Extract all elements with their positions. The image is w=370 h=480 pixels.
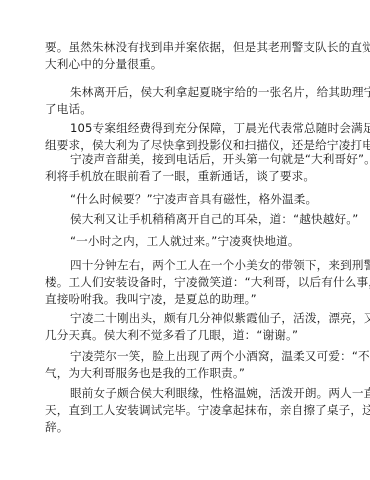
paragraph-9-line-1: 宁凌二十刚出头，颇有几分神似紫霞仙子，活泼，漂亮，又带有 xyxy=(70,311,330,325)
paragraph-11-line-3: 辞。 xyxy=(45,420,330,434)
paragraph-8-line-1: 四十分钟左右，两个工人在一个小美女的带领下，来到刑警老 xyxy=(70,258,330,272)
paragraph-1-line-2: 大利心中的分量很重。 xyxy=(45,57,330,71)
paragraph-4-line-2: 利将手机放在眼前看了一眼，重新通话，谈了要求。 xyxy=(45,169,330,183)
paragraph-3-line-2: 组要求，侯大利为了尽快拿到投影仪和扫描仪，还是给宁凌打电话。 xyxy=(45,138,330,152)
paragraph-4-line-1: 宁凌声音甜美，接到电话后，开头第一句就是“大利哥好”。侯大 xyxy=(70,152,330,166)
paragraph-11-line-2: 天，直到工人安装调试完毕。宁凌拿起抹布，亲自擦了桌子，这才告 xyxy=(45,403,330,417)
paragraph-8-line-3: 直接吩咐我。我叫宁凌，是夏总的助理。” xyxy=(45,292,330,306)
paragraph-9-line-2: 几分天真。侯大利不觉多看了几眼，道：“谢谢。” xyxy=(45,328,330,342)
paragraph-10-line-2: 气，为大利哥服务也是我的工作职责。” xyxy=(45,366,330,380)
paragraph-7-line-1: “一小时之内，工人就过来。”宁凌爽快地道。 xyxy=(70,234,330,248)
paragraph-2-line-1: 朱林离开后，侯大利拿起夏晓宇给的一张名片，给其助理宁凌打 xyxy=(70,85,330,99)
paragraph-10-line-1: 宁凌莞尔一笑，脸上出现了两个小酒窝，温柔又可爱：“不用客 xyxy=(70,349,330,363)
paragraph-3-line-1: 105专案组经费得到充分保障，丁晨光代表常总随时会满足专案 xyxy=(70,121,330,135)
document-page: 要。虽然朱林没有找到串并案依据，但是其老刑警支队长的直觉在侯 大利心中的分量很重… xyxy=(0,0,370,480)
paragraph-1-line-1: 要。虽然朱林没有找到串并案依据，但是其老刑警支队长的直觉在侯 xyxy=(45,40,330,54)
paragraph-11-line-1: 眼前女子颇合侯大利眼缘，性格温婉，活泼开朗。两人一直在聊 xyxy=(70,386,330,400)
paragraph-8-line-2: 楼。工人们安装设备时，宁凌微笑道：“大利哥，以后有什么事，可以 xyxy=(45,275,330,289)
paragraph-2-line-2: 了电话。 xyxy=(45,102,330,116)
paragraph-5-line-1: “什么时候要？”宁凌声音具有磁性，格外温柔。 xyxy=(70,192,330,206)
paragraph-6-line-1: 侯大利又让手机稍稍离开自己的耳朵，道：“越快越好。” xyxy=(70,212,330,226)
